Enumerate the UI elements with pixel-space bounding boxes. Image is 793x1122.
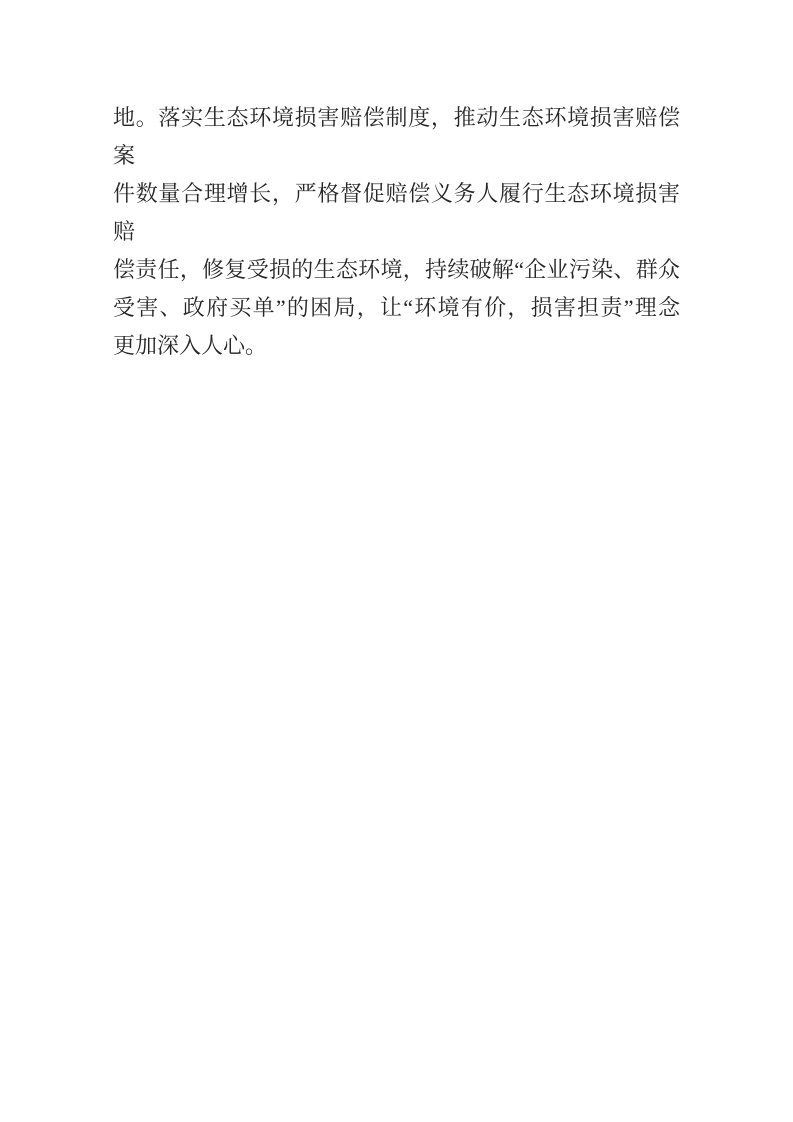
document-page: 地。落实生态环境损害赔偿制度，推动生态环境损害赔偿案 件数量合理增长，严格督促赔…	[0, 0, 793, 1122]
paragraph-line: 受害、政府买单”的困局，让“环境有价，损害担责”理念	[113, 289, 680, 327]
paragraph-line: 件数量合理增长，严格督促赔偿义务人履行生态环境损害赔	[113, 175, 680, 251]
body-paragraph: 地。落实生态环境损害赔偿制度，推动生态环境损害赔偿案 件数量合理增长，严格督促赔…	[113, 99, 680, 365]
paragraph-line: 地。落实生态环境损害赔偿制度，推动生态环境损害赔偿案	[113, 99, 680, 175]
paragraph-line: 更加深入人心。	[113, 327, 680, 365]
paragraph-line: 偿责任，修复受损的生态环境，持续破解“企业污染、群众	[113, 251, 680, 289]
